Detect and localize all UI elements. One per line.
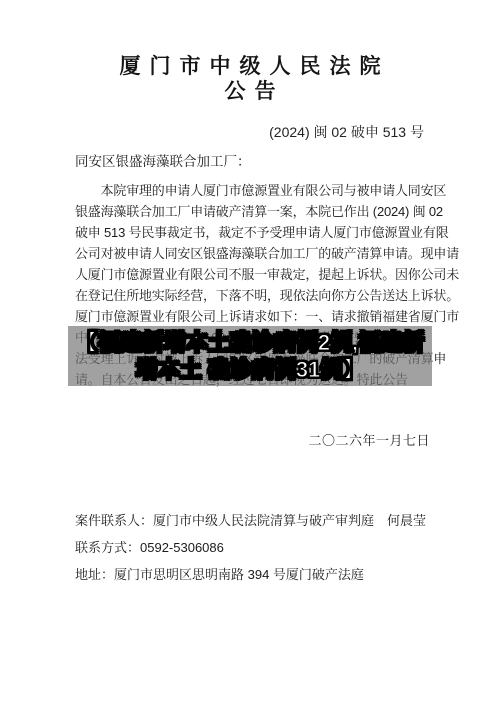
contact-phone: 联系方式：0592-5306086: [75, 534, 426, 561]
addressee: 同安区银盛海藻联合加工厂：: [75, 150, 251, 170]
paragraph-line: 公司对被申请人同安区银盛海藻联合加工厂的破产清算申请。现申请: [75, 243, 455, 264]
paragraph-line: 人厦门市億源置业有限公司不服一审裁定，提起上诉状。因你公司未: [75, 264, 455, 285]
paragraph-line: 在登记住所地实际经营，下落不明，现依法向你方公告送达上诉状。: [75, 285, 455, 306]
paragraph-line: 银盛海藻联合加工厂申请破产清算一案，本院已作出 (2024) 闽 02: [75, 201, 455, 222]
issue-date: 二〇二六年一月七日: [0, 430, 430, 449]
court-name: 厦门市中级人民法院: [0, 54, 500, 79]
court-announcement-page: 厦门市中级人民法院 公告 (2024) 闽 02 破申 513 号 同安区银盛海…: [0, 0, 500, 706]
contact-address: 地址：厦门市思明区思明南路 394 号厦门破产法庭: [75, 561, 426, 588]
paragraph-line: 本院审理的申请人厦门市億源置业有限公司与被申请人同安区: [75, 180, 455, 201]
announcement-label: 公告: [0, 79, 500, 104]
subtitle-overlay: 【福建新增本土确诊病例2例,福建新 增本土 确诊病例31例】: [68, 326, 432, 386]
paragraph-line: 破申 513 号民事裁定书，裁定不予受理申请人厦门市億源置业有限: [75, 222, 455, 243]
contact-block: 案件联系人：厦门市中级人民法院清算与破产审判庭 何晨莹 联系方式：0592-53…: [75, 507, 426, 588]
contact-person: 案件联系人：厦门市中级人民法院清算与破产审判庭 何晨莹: [75, 507, 426, 534]
paragraph-line: 厦门市億源置业有限公司上诉请求如下：一、请求撤销福建省厦门市: [75, 306, 455, 327]
case-number: (2024) 闽 02 破申 513 号: [0, 122, 424, 142]
page-title: 厦门市中级人民法院 公告: [0, 54, 500, 104]
subtitle-line-2: 增本土 确诊病例31例】: [136, 356, 365, 383]
subtitle-line-1: 【福建新增本土确诊病例2例,福建新: [76, 329, 424, 356]
